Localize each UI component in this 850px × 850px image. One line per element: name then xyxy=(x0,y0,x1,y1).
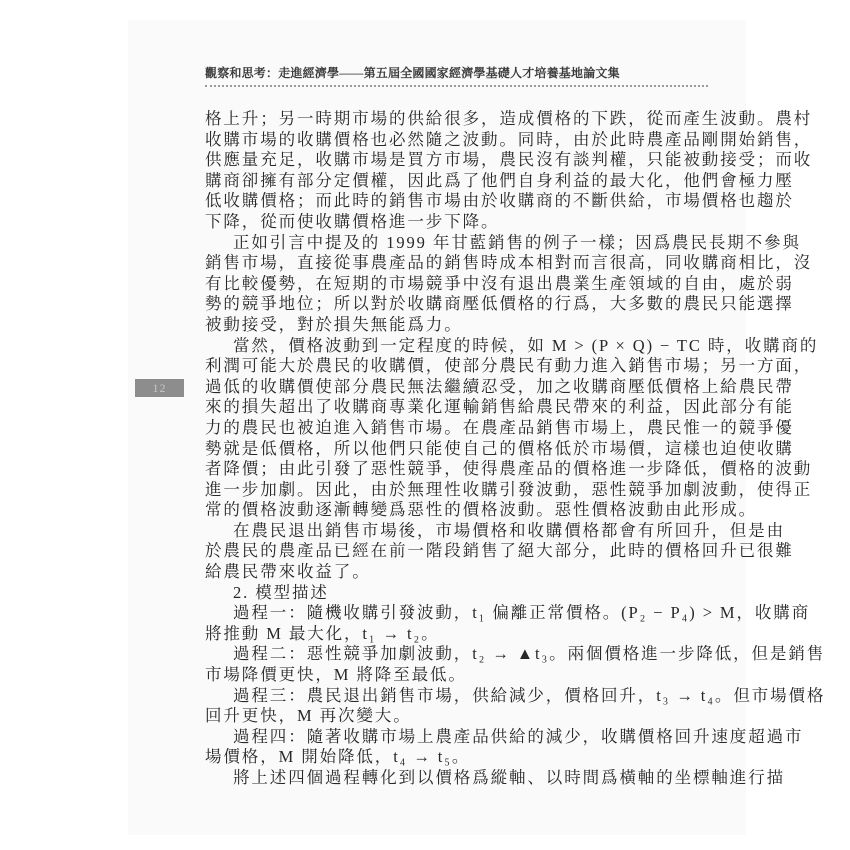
text-line: 將上述四個過程轉化到以價格爲縱軸、以時間爲橫軸的坐標軸進行描 xyxy=(205,768,708,789)
text-line: 購商卻擁有部分定價權，因此爲了他們自身利益的最大化，他們會極力壓 xyxy=(205,171,708,192)
running-header: 觀察和思考：走進經濟學——第五屆全國國家經濟學基礎人才培養基地論文集 xyxy=(205,64,708,87)
text-line: 進一步加劇。因此，由於無理性收購引發波動，惡性競爭加劇波動，使得正 xyxy=(205,480,708,501)
text-line: 銷售市場，直接從事農產品的銷售時成本相對而言很高，同收購商相比，沒 xyxy=(205,253,708,274)
text-line: 過程一：隨機收購引發波動，t₁ 偏離正常價格。(P₂ − P₄) > M，收購商 xyxy=(205,603,708,624)
text-line: 利潤可能大於農民的收購價，使部分農民有動力進入銷售市場；另一方面， xyxy=(205,356,708,377)
text-line: 給農民帶來收益了。 xyxy=(205,562,708,583)
text-line: 勢就是低價格，所以他們只能使自己的價格低於市場價，這樣也迫使收購 xyxy=(205,439,708,460)
text-line: 常的價格波動逐漸轉變爲惡性的價格波動。惡性價格波動由此形成。 xyxy=(205,500,708,521)
text-line: 過程二：惡性競爭加劇波動，t₂ → ▲t₃。兩個價格進一步降低，但是銷售 xyxy=(205,644,708,665)
text-line: 過程三：農民退出銷售市場，供給減少，價格回升，t₃ → t₄。但市場價格 xyxy=(205,686,708,707)
text-line: 回升更快，M 再次變大。 xyxy=(205,706,708,727)
header-dotted-rule xyxy=(205,85,708,87)
text-line: 正如引言中提及的 1999 年甘藍銷售的例子一樣；因爲農民長期不參與 xyxy=(205,233,708,254)
text-line: 將推動 M 最大化，t₁ → t₂。 xyxy=(205,624,708,645)
text-line: 於農民的農產品已經在前一階段銷售了絕大部分，此時的價格回升已很難 xyxy=(205,541,708,562)
text-line: 來的損失超出了收購商專業化運輸銷售給農民帶來的利益，因此部分有能 xyxy=(205,397,708,418)
text-line: 供應量充足，收購市場是買方市場，農民沒有談判權，只能被動接受；而收 xyxy=(205,150,708,171)
text-line: 有比較優勢，在短期的市場競爭中沒有退出農業生產領域的自由，處於弱 xyxy=(205,274,708,295)
text-line: 市場降價更快，M 將降至最低。 xyxy=(205,665,708,686)
text-line: 低收購價格；而此時的銷售市場由於收購商的不斷供給，市場價格也趨於 xyxy=(205,191,708,212)
text-line: 被動接受，對於損失無能爲力。 xyxy=(205,315,708,336)
text-line: 力的農民也被迫進入銷售市場。在農產品銷售市場上，農民惟一的競爭優 xyxy=(205,418,708,439)
body-text-block: 格上升；另一時期市場的供給很多，造成價格的下跌，從而產生波動。農村收購市場的收購… xyxy=(205,109,708,789)
text-line: 勢的競爭地位；所以對於收購商壓低價格的行爲，大多數的農民只能選擇 xyxy=(205,294,708,315)
text-line: 場價格，M 開始降低，t₄ → t₅。 xyxy=(205,747,708,768)
text-line: 在農民退出銷售市場後，市場價格和收購價格都會有所回升，但是由 xyxy=(205,521,708,542)
text-line: 過程四：隨著收購市場上農產品供給的減少，收購價格回升速度超過市 xyxy=(205,727,708,748)
running-header-title: 觀察和思考：走進經濟學——第五屆全國國家經濟學基礎人才培養基地論文集 xyxy=(205,64,708,81)
text-line: 過低的收購價使部分農民無法繼續忍受，加之收購商壓低價格上給農民帶 xyxy=(205,377,708,398)
text-line: 格上升；另一時期市場的供給很多，造成價格的下跌，從而產生波動。農村 xyxy=(205,109,708,130)
text-line: 收購市場的收購價格也必然隨之波動。同時，由於此時農產品剛開始銷售， xyxy=(205,130,708,151)
text-line: 者降價；由此引發了惡性競爭，使得農產品的價格進一步降低，價格的波動 xyxy=(205,459,708,480)
scanned-book-page: 觀察和思考：走進經濟學——第五屆全國國家經濟學基礎人才培養基地論文集 12 格上… xyxy=(0,0,850,850)
text-line: 下降，從而使收購價格進一步下降。 xyxy=(205,212,708,233)
text-line: 2. 模型描述 xyxy=(205,583,708,604)
page-number-badge: 12 xyxy=(135,379,184,397)
text-line: 當然，價格波動到一定程度的時候，如 M > (P × Q) − TC 時，收購商… xyxy=(205,336,708,357)
